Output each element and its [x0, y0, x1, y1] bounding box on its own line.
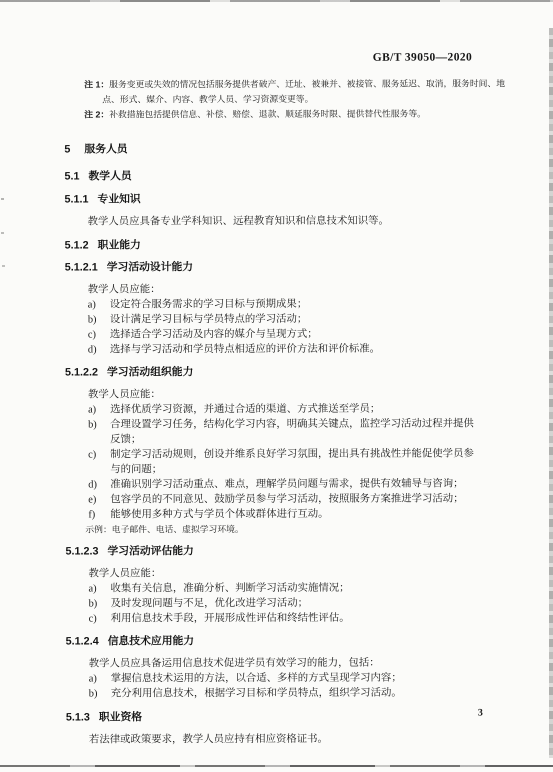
- list-item-text: 收集有关信息，准确分析、判断学习活动实施情况；: [111, 580, 478, 596]
- list-item: a)掌握信息技术运用的方法，以合适、多样的方式呈现学习内容；: [66, 670, 478, 686]
- lead-paragraph: 教学人员应具备运用信息技术促进学员有效学习的能力，包括：: [66, 655, 474, 671]
- section-number: 5.1.3: [66, 711, 90, 723]
- list-marker: a): [88, 402, 110, 417]
- section-title: 教学人员: [88, 170, 131, 182]
- heading-5-1-2-4: 5.1.2.4信息技术应用能力: [66, 634, 511, 648]
- heading-5-1-3: 5.1.3职业资格: [66, 710, 511, 724]
- heading-5-1-1: 5.1.1专业知识: [64, 192, 509, 206]
- lead-paragraph: 教学人员应能：: [65, 386, 473, 402]
- note-1-text: 服务变更或失效的情况包括服务提供者破产、迁址、被兼并、被接管、服务延迟、取消，服…: [102, 78, 505, 104]
- section-number: 5.1.2.1: [65, 261, 98, 273]
- section-title: 信息技术应用能力: [108, 635, 194, 647]
- paragraph-5-1-1: 教学人员应具备专业学科知识、远程教育知识和信息技术知识等。: [65, 213, 473, 229]
- section-title: 学习活动组织能力: [107, 366, 193, 378]
- list-item: a)设定符合服务需求的学习目标与预期成果；: [65, 296, 477, 312]
- list-marker: a): [89, 671, 111, 686]
- list-item-text: 设定符合服务需求的学习目标与预期成果；: [110, 296, 477, 312]
- note-2-label: 注 2：: [84, 109, 109, 119]
- list-5-1-2-1: a)设定符合服务需求的学习目标与预期成果； b)设计满足学习目标与学员特点的学习…: [65, 296, 477, 357]
- section-number: 5.1.2.4: [66, 635, 99, 647]
- list-item: f)能够使用多种方式与学员个体或群体进行互动。: [65, 506, 477, 522]
- list-item: b)充分利用信息技术，根据学习目标和学员特点，组织学习活动。: [66, 685, 478, 701]
- list-item: b)合理设置学习任务，结构化学习内容，明确其关键点，监控学习活动过程并提供反馈；: [65, 416, 477, 447]
- list-marker: a): [89, 581, 111, 596]
- list-5-1-2-3: a)收集有关信息，准确分析、判断学习活动实施情况； b)及时发现问题与不足，优化…: [66, 580, 478, 626]
- list-marker: d): [88, 477, 110, 492]
- clause-title: 服务人员: [84, 143, 127, 155]
- document-body: 注 1：服务变更或失效的情况包括服务提供者破产、迁址、被兼并、被接管、服务延迟、…: [64, 76, 511, 747]
- section-number: 5.1.2: [65, 239, 89, 251]
- list-item-text: 及时发现问题与不足，优化改进学习活动；: [111, 595, 478, 611]
- section-number: 5.1.1: [64, 193, 88, 205]
- clause-number: 5: [64, 144, 70, 156]
- scanned-document-page: GB/T 39050—2020 注 1：服务变更或失效的情况包括服务提供者破产、…: [0, 0, 553, 772]
- heading-5-1: 5.1教学人员: [64, 169, 509, 183]
- heading-clause-5: 5服务人员: [64, 142, 509, 156]
- list-item-text: 选择适合学习活动及内容的媒介与呈现方式；: [110, 326, 477, 342]
- section-number: 5.1.2.2: [65, 366, 98, 378]
- list-marker: c): [88, 447, 110, 477]
- section-number: 5.1: [64, 171, 79, 183]
- list-marker: b): [88, 417, 110, 447]
- list-marker: c): [89, 611, 111, 626]
- note-1: 注 1：服务变更或失效的情况包括服务提供者破产、迁址、被兼并、被接管、服务延迟、…: [64, 76, 509, 107]
- list-item: e)包容学员的不同意见、鼓励学员参与学习活动，按照服务方案推进学习活动；: [65, 491, 477, 507]
- list-item-text: 制定学习活动规则，创设并维系良好学习氛围，提出具有挑战性并能促使学员参与的问题；: [110, 446, 477, 477]
- list-item-text: 能够使用多种方式与学员个体或群体进行互动。: [110, 506, 477, 522]
- list-item-text: 充分利用信息技术，根据学习目标和学员特点，组织学习活动。: [111, 685, 478, 701]
- list-marker: b): [88, 312, 110, 327]
- list-marker: a): [88, 297, 110, 312]
- note-2: 注 2：补救措施包括提供信息、补偿、赔偿、退款、顺延服务时限、提供替代性服务等。: [64, 106, 509, 122]
- list-marker: d): [88, 342, 110, 357]
- example-note: 示例：电子邮件、电话、虚拟学习环境。: [85, 522, 510, 536]
- list-item: a)选择优质学习资源，并通过合适的渠道、方式推送至学员；: [65, 401, 477, 417]
- list-item: b)设计满足学习目标与学员特点的学习活动；: [65, 311, 477, 327]
- list-marker: b): [89, 686, 111, 701]
- list-marker: b): [89, 596, 111, 611]
- list-marker: f): [88, 507, 110, 522]
- list-item: d)准确识别学习活动重点、难点，理解学员问题与需求，提供有效辅导与咨询；: [65, 476, 477, 492]
- list-item-text: 掌握信息技术运用的方法，以合适、多样的方式呈现学习内容；: [111, 670, 478, 686]
- list-item: c)制定学习活动规则，创设并维系良好学习氛围，提出具有挑战性并能促使学员参与的问…: [65, 446, 477, 477]
- heading-5-1-2: 5.1.2职业能力: [65, 238, 510, 252]
- section-title: 学习活动设计能力: [107, 261, 193, 273]
- list-item-text: 选择与学习活动和学员特点相适应的评价方法和评价标准。: [110, 341, 477, 357]
- list-item-text: 利用信息技术手段，开展形成性评估和终结性评估。: [111, 610, 478, 626]
- list-5-1-2-2: a)选择优质学习资源，并通过合适的渠道、方式推送至学员； b)合理设置学习任务，…: [65, 401, 477, 522]
- section-title: 专业知识: [98, 193, 141, 205]
- section-title: 学习活动评估能力: [107, 545, 193, 557]
- section-number: 5.1.2.3: [65, 545, 98, 557]
- section-title: 职业能力: [98, 239, 141, 251]
- list-item-text: 准确识别学习活动重点、难点，理解学员问题与需求，提供有效辅导与咨询；: [110, 476, 477, 492]
- list-item-text: 包容学员的不同意见、鼓励学员参与学习活动，按照服务方案推进学习活动；: [110, 491, 477, 507]
- list-item-text: 选择优质学习资源，并通过合适的渠道、方式推送至学员；: [110, 401, 477, 417]
- lead-paragraph: 教学人员应能：: [65, 565, 473, 581]
- paragraph-5-1-3: 若法律或政策要求，教学人员应持有相应资格证书。: [66, 731, 474, 747]
- list-item: c)选择适合学习活动及内容的媒介与呈现方式；: [65, 326, 477, 342]
- list-item: c)利用信息技术手段，开展形成性评估和终结性评估。: [66, 610, 478, 626]
- list-5-1-2-4: a)掌握信息技术运用的方法，以合适、多样的方式呈现学习内容； b)充分利用信息技…: [66, 670, 478, 701]
- list-marker: e): [88, 492, 110, 507]
- list-item: d)选择与学习活动和学员特点相适应的评价方法和评价标准。: [65, 341, 477, 357]
- note-2-text: 补救措施包括提供信息、补偿、赔偿、退款、顺延服务时限、提供替代性服务等。: [109, 109, 426, 120]
- heading-5-1-2-2: 5.1.2.2学习活动组织能力: [65, 365, 510, 379]
- standard-code-header: GB/T 39050—2020: [373, 51, 472, 63]
- lead-paragraph: 教学人员应能：: [65, 281, 473, 297]
- note-1-label: 注 1：: [84, 79, 109, 89]
- list-marker: c): [88, 327, 110, 342]
- heading-5-1-2-3: 5.1.2.3学习活动评估能力: [65, 544, 510, 558]
- list-item: b)及时发现问题与不足，优化改进学习活动；: [66, 595, 478, 611]
- list-item-text: 设计满足学习目标与学员特点的学习活动；: [110, 311, 477, 327]
- page-number: 3: [478, 707, 483, 718]
- document-sheet: GB/T 39050—2020 注 1：服务变更或失效的情况包括服务提供者破产、…: [0, 0, 553, 772]
- heading-5-1-2-1: 5.1.2.1学习活动设计能力: [65, 260, 510, 274]
- section-title: 职业资格: [99, 711, 142, 723]
- list-item: a)收集有关信息，准确分析、判断学习活动实施情况；: [66, 580, 478, 596]
- list-item-text: 合理设置学习任务，结构化学习内容，明确其关键点，监控学习活动过程并提供反馈；: [110, 416, 477, 447]
